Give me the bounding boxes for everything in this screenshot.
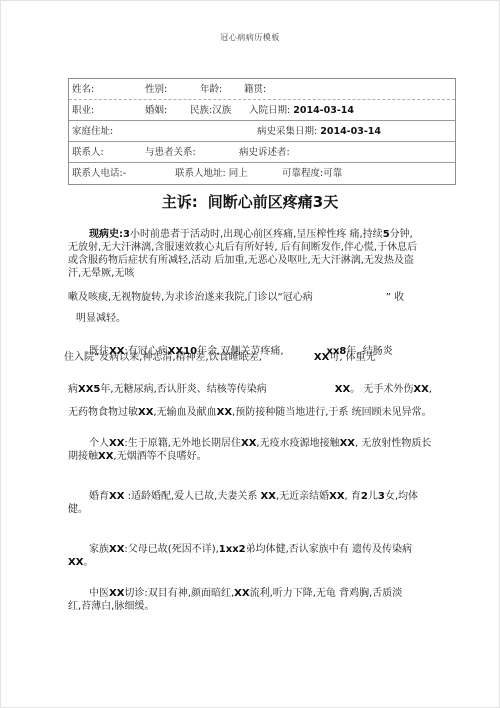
reliability-value: 可靠程度:可靠 bbox=[282, 163, 455, 184]
family-history-line-1: 家族XX:父母已故(死因不详),1xx2弟均体健,否认家族中有 遗传及传染病 bbox=[68, 543, 450, 556]
narrator-label: 病史诉述者: bbox=[239, 142, 455, 163]
contact-label: 联系人: bbox=[72, 142, 145, 163]
overlapping-text-block: 既往XX:有冠心病XX10年余,双侧关节疼痛,xx8年, 结肠炎 住入院”发病以… bbox=[68, 345, 450, 369]
marriage-history-line-2: 健。 bbox=[68, 503, 450, 516]
present-illness-line-2: 无放射,无大汗淋漓,含服速效救心丸后有所好转, 后有间断发作,伴心慌,于休息后 bbox=[68, 241, 450, 254]
allergy-history-line: 无药物食物过敏XX,无输血及献血XX,预防接种随当地进行,于系 统回顾未见异常。 bbox=[68, 406, 450, 419]
marriage-label: 婚姻: bbox=[145, 100, 190, 121]
contact-phone-label: 联系人电话:- bbox=[72, 163, 175, 184]
marriage-history-paragraph: 婚育XX :适龄婚配,爱人已故,夫妻关系 XX,无近亲结婚XX, 育2儿3女,均… bbox=[68, 490, 450, 516]
present-illness-line-1: 现病史:3小时前患者于活动时,出现心前区疼痛,呈压榨性疼 痛,持续5分钟, bbox=[68, 228, 450, 241]
chief-complaint-heading: 主诉:间断心前区疼痛3天 bbox=[1, 191, 499, 212]
blank-gap bbox=[262, 359, 314, 360]
table-row-identity: 姓名: 性别: 年龄: 籍贯: bbox=[69, 79, 455, 100]
contact-address-value: 联系人地址: 同上 bbox=[175, 163, 282, 184]
document-title: 冠心病病历模板 bbox=[1, 32, 499, 43]
family-history-paragraph: 家族XX:父母已故(死因不详),1xx2弟均体健,否认家族中有 遗传及传染病 X… bbox=[68, 543, 450, 569]
blank-gap bbox=[313, 299, 386, 300]
home-address-label: 家庭住址: bbox=[72, 121, 257, 142]
chief-complaint-text: 间断心前区疼痛3天 bbox=[208, 193, 338, 211]
present-illness-line-3: 或含服药物后症状有所减轻,活动 后加重,无恶心及呕吐,无大汗淋漓,无发热及盗 bbox=[68, 254, 450, 267]
admission-line: 嗽及咳痰,无视物旋转,为求诊治遂来我院,门诊以“冠心病” 收 bbox=[68, 291, 450, 304]
present-illness-paragraph: 现病史:3小时前患者于活动时,出现心前区疼痛,呈压榨性疼 痛,持续5分钟, 无放… bbox=[68, 228, 450, 280]
relief-line: 明显减轻。 bbox=[68, 312, 450, 325]
tcm-inspection-line-2: 红,苔薄白,脉细缓。 bbox=[68, 600, 450, 613]
personal-history-paragraph: 个人XX:生于原籍,无外地长期居住XX,无疫水疫源地接触XX, 无放射性物质长 … bbox=[68, 437, 450, 463]
since-onset-line: 住入院”发病以来,神志清,精神差,饮食睡眠差,XX可, 体重无 bbox=[64, 351, 376, 364]
family-history-line-2: XX。 bbox=[68, 556, 450, 569]
age-label: 年龄: bbox=[200, 79, 244, 100]
table-row-contact: 联系人: 与患者关系: 病史诉述者: bbox=[69, 142, 455, 163]
blank-gap bbox=[267, 391, 335, 392]
name-label: 姓名: bbox=[72, 79, 145, 100]
marriage-history-line-1: 婚育XX :适龄婚配,爱人已故,夫妻关系 XX,无近亲结婚XX, 育2儿3女,均… bbox=[68, 490, 450, 503]
tcm-inspection-paragraph: 中医XX切诊:双目有神,颜面暗红,XX流利,听力下降,无龟 背鸡胸,舌质淡 红,… bbox=[68, 587, 450, 613]
chief-complaint-label: 主诉: bbox=[162, 193, 198, 211]
table-row-occupation: 职业: 婚姻: 民族:汉族 入院日期: 2014-03-14 bbox=[69, 100, 455, 121]
occupation-label: 职业: bbox=[72, 100, 145, 121]
native-place-label: 籍贯: bbox=[244, 79, 455, 100]
record-body: 现病史:3小时前患者于活动时,出现心前区疼痛,呈压榨性疼 痛,持续5分钟, 无放… bbox=[68, 228, 450, 613]
admission-text-left: 嗽及咳痰,无视物旋转,为求诊治遂来我院,门诊以“冠心病 bbox=[68, 292, 313, 303]
table-row-address: 家庭住址: 病史采集日期: 2014-03-14 bbox=[69, 121, 455, 142]
past-history-continuation-line: 病XX5年,无糖尿病,否认肝炎、结核等传染病XX。 无手术外伤XX, bbox=[68, 383, 450, 396]
table-row-contact-phone: 联系人电话:- 联系人地址: 同上 可靠程度:可靠 bbox=[69, 163, 455, 184]
sex-label: 性别: bbox=[145, 79, 200, 100]
history-collect-date-value: 病史采集日期: 2014-03-14 bbox=[257, 121, 455, 142]
present-illness-line-4: 汗,无晕厥,无咳 bbox=[68, 267, 450, 280]
medical-record-page: 冠心病病历模板 姓名: 性别: 年龄: 籍贯: 职业: 婚姻: 民族:汉族 入院… bbox=[0, 0, 500, 708]
admission-text-right: ” 收 bbox=[386, 292, 404, 303]
personal-history-line-1: 个人XX:生于原籍,无外地长期居住XX,无疫水疫源地接触XX, 无放射性物质长 bbox=[68, 437, 450, 450]
relation-label: 与患者关系: bbox=[145, 142, 239, 163]
patient-info-table: 姓名: 性别: 年龄: 籍贯: 职业: 婚姻: 民族:汉族 入院日期: 2014… bbox=[68, 78, 456, 185]
tcm-inspection-line-1: 中医XX切诊:双目有神,颜面暗红,XX流利,听力下降,无龟 背鸡胸,舌质淡 bbox=[68, 587, 450, 600]
ethnicity-value: 民族:汉族 bbox=[190, 100, 249, 121]
admission-date-value: 入院日期: 2014-03-14 bbox=[249, 100, 455, 121]
personal-history-line-2: 期接触XX,无烟酒等不良嗜好。 bbox=[68, 450, 450, 463]
